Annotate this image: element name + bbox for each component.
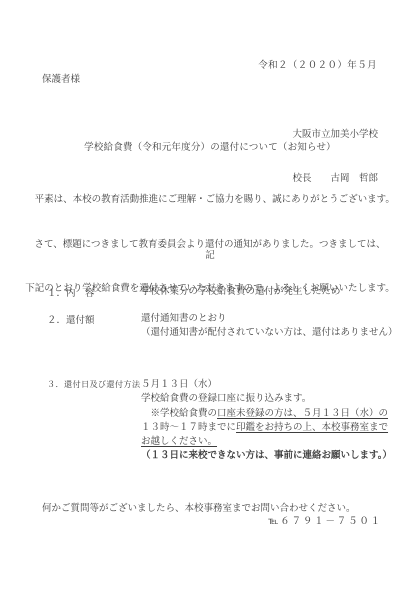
item-2-line-2: （還付通知書が配付されていない方は、還付はありません）	[141, 327, 398, 338]
note-line-3-underlined: お越しください。	[141, 436, 217, 447]
item-2-line-1: 還付通知書のとおり	[141, 313, 227, 324]
greeting-line-1: 平素は、本校の教育活動推進にご理解・ご協力を賜り、誠にありがとうございます。	[0, 193, 420, 208]
document-page: 令和２（２０２０）年５月 保護者様 大阪市立加美小学校 校長 古岡 哲郎 学校給…	[0, 0, 420, 593]
footer-contact-line: 何かご質問等がございましたら、本校事務室までお問い合わせください。	[42, 500, 356, 514]
note-line-2-underlined: 印鑑をお持ちの上、本校事務室まで	[236, 422, 388, 433]
document-title: 学校給食費（令和元年度分）の還付について（お知らせ）	[0, 139, 420, 153]
record-marker: 記	[0, 247, 420, 261]
item-3-label: ３．還付日及び還付方法	[47, 379, 140, 390]
item-3-content: ５月１３日（水）学校給食費の登録口座に振り込みます。 ※学校給食費の口座未登録の…	[141, 378, 392, 464]
note-line-1-underlined: 口座未登録の方は、５月１３日（水）の	[217, 408, 388, 419]
item-3-refund-date-row: ３．還付日及び還付方法 ５月１３日（水）学校給食費の登録口座に振り込みます。 ※…	[0, 378, 420, 422]
note-bold-line: （１３日に来校できない方は、事前に連絡お願いします。）	[141, 450, 392, 461]
refund-method-line: 学校給食費の登録口座に振り込みます。	[141, 393, 311, 404]
refund-date-line: ５月１３日（水）	[141, 379, 217, 390]
item-2-content: 還付通知書のとおり（還付通知書が配付されていない方は、還付はありません）	[141, 312, 398, 341]
note-line-1-plain: ※学校給食費の	[141, 408, 217, 419]
note-line-2-plain: １３時～１７時までに	[141, 422, 236, 433]
recipient-line: 保護者様	[42, 71, 80, 85]
document-date: 令和２（２０２０）年５月	[258, 57, 377, 71]
item-1-label: １．内 容	[47, 285, 95, 299]
item-2-refund-amount-row: ２．還付額 還付通知書のとおり（還付通知書が配付されていない方は、還付はありませ…	[0, 312, 420, 356]
item-2-label: ２．還付額	[47, 312, 95, 326]
footer-telephone: ℡６７９１－７５０１	[268, 513, 382, 527]
item-1-content: 学校休業分の学校給食費の還付が発生したため	[141, 285, 341, 299]
